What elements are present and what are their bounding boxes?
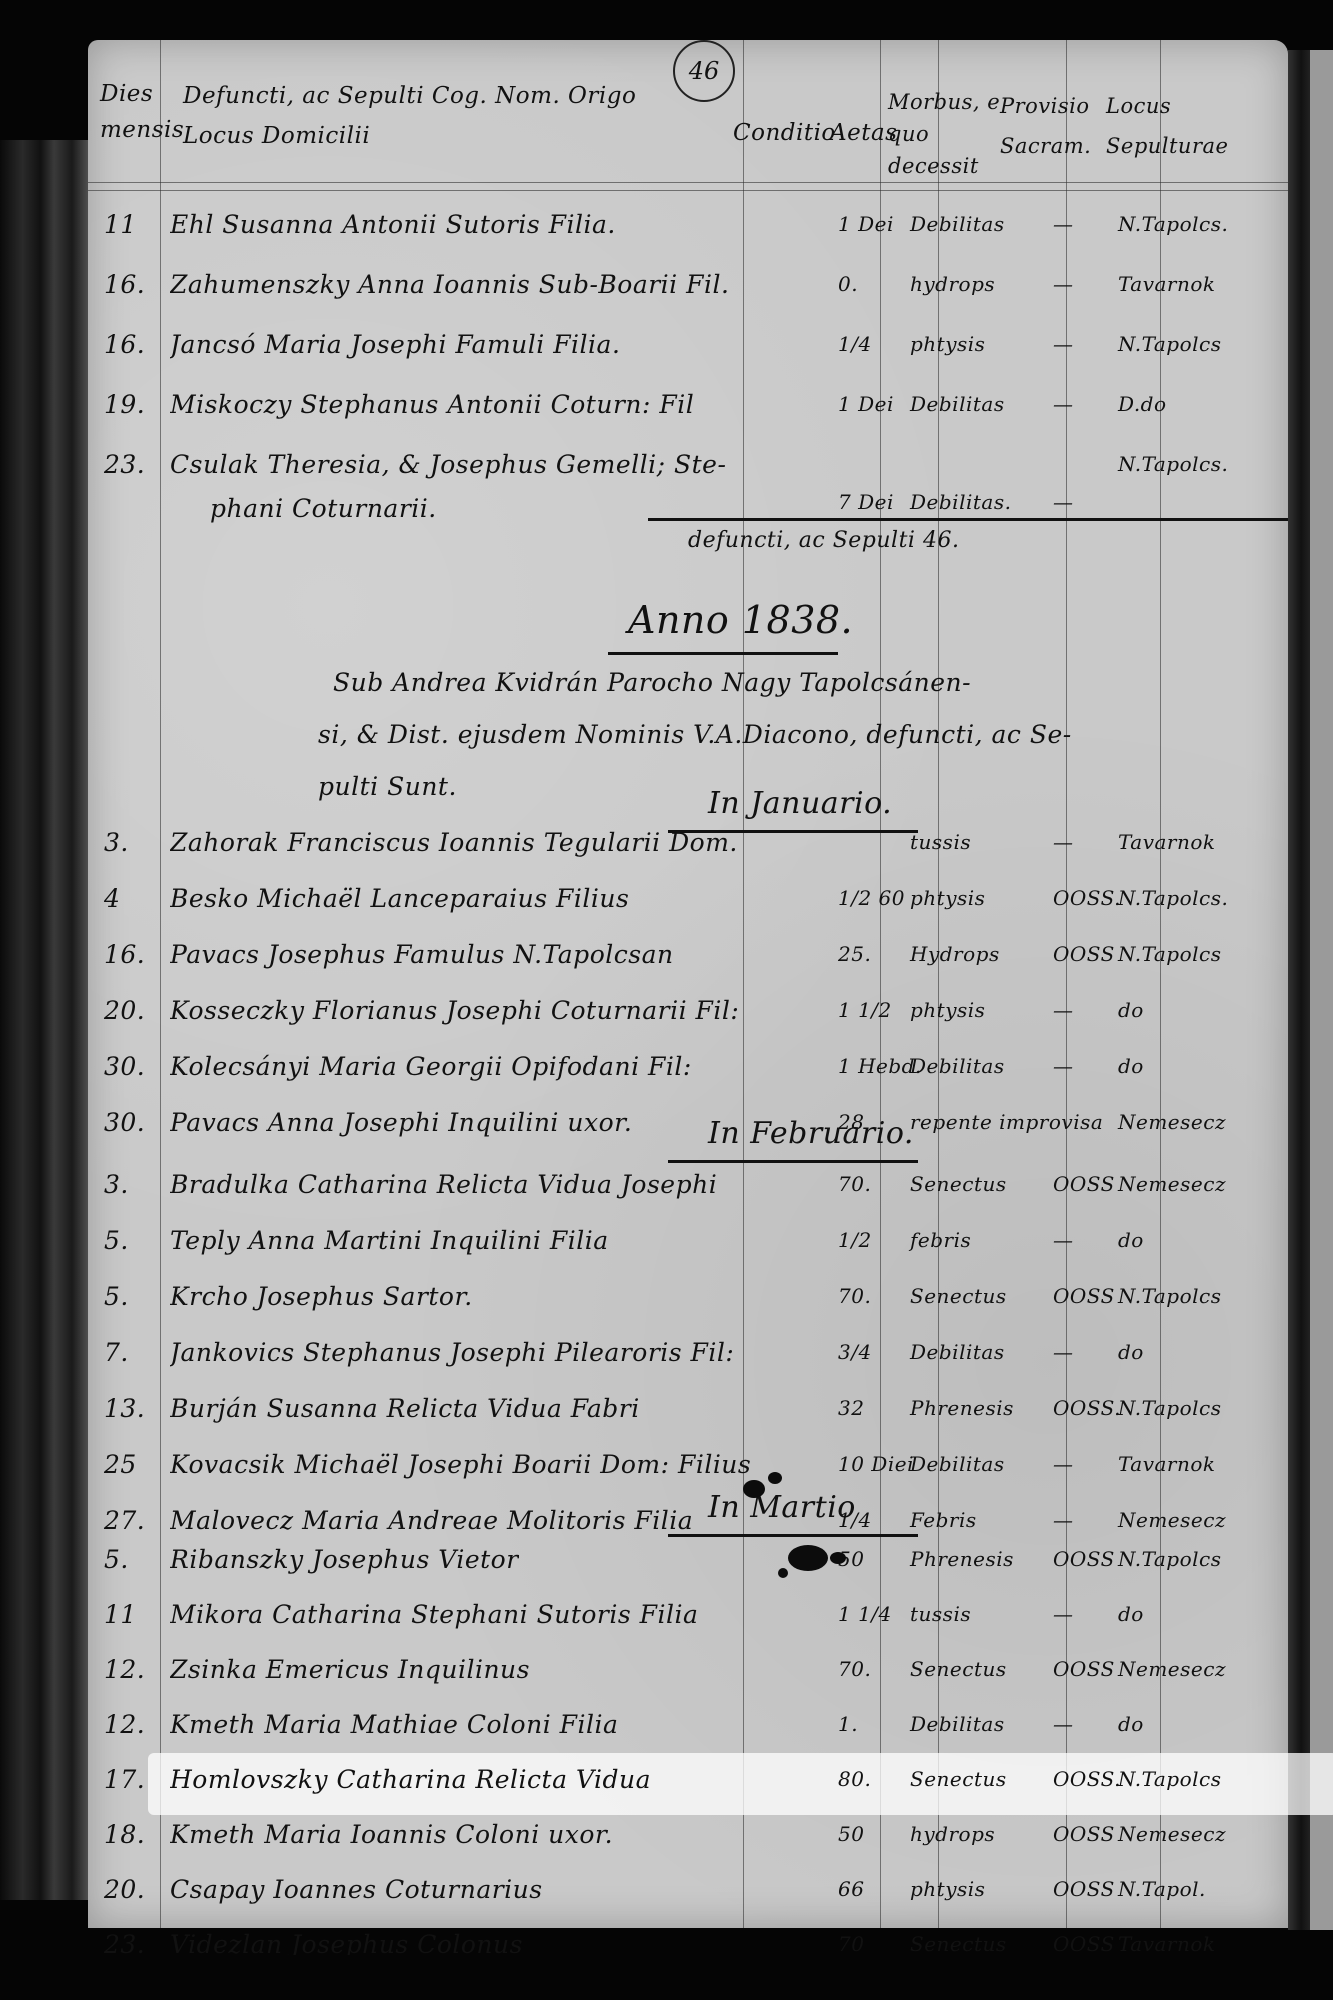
column-rule-condition — [743, 40, 744, 1928]
column-rule-sacrament — [1066, 40, 1067, 1928]
entry-age: 70. — [838, 1284, 871, 1308]
entry-name: Zahumenszky Anna Ioannis Sub-Boarii Fil. — [170, 270, 729, 299]
entry-burial-place: Tavarnok — [1118, 1452, 1216, 1476]
entry-name: Jancsó Maria Josephi Famuli Filia. — [170, 330, 620, 359]
entry-disease: Debilitas — [910, 1340, 1005, 1364]
entry-day: 5. — [104, 1282, 129, 1311]
entry-age: 1/2 — [838, 1228, 872, 1252]
entry-burial-place: Tavarnok — [1118, 272, 1216, 296]
header-day: Dies mensis — [100, 76, 155, 148]
entry-name: Malovecz Maria Andreae Molitoris Filia — [170, 1506, 693, 1535]
month-heading-rule — [668, 1534, 918, 1537]
entry-day: 12. — [104, 1710, 145, 1739]
entry-sacrament: — — [1053, 332, 1074, 356]
total-rule — [648, 518, 1288, 521]
entry-name: Bradulka Catharina Relicta Vidua Josephi — [170, 1170, 717, 1199]
entry-age: 0. — [838, 272, 858, 296]
entry-burial-place: Nemesecz — [1118, 1172, 1226, 1196]
entry-disease: repente improvisa — [910, 1110, 1103, 1134]
entry-name: Ehl Susanna Antonii Sutoris Filia. — [170, 210, 616, 239]
entry-burial-place: N.Tapol. — [1118, 1877, 1206, 1901]
entry-sacrament: — — [1053, 212, 1074, 236]
ink-blot — [778, 1568, 788, 1578]
entry-disease: Senectus — [910, 1657, 1007, 1681]
entry-day: 11 — [104, 210, 137, 239]
intro-line: si, & Dist. ejusdem Nominis V.A.Diacono,… — [318, 720, 1072, 749]
book-binding — [0, 140, 90, 1900]
year-title-rule — [608, 652, 838, 655]
entry-disease: phtysis — [910, 332, 985, 356]
entry-sacrament: OOSS — [1053, 1932, 1115, 1956]
entry-age: 1/4 — [838, 332, 872, 356]
entry-disease: Senectus — [910, 1932, 1007, 1956]
entry-disease: hydrops — [910, 272, 995, 296]
entry-burial-place: N.Tapolcs. — [1118, 886, 1228, 910]
entry-disease: tussis — [910, 1602, 971, 1626]
entry-disease: Debilitas — [910, 1712, 1005, 1736]
entry-burial-place: do — [1118, 1712, 1144, 1736]
entry-sacrament: — — [1053, 1228, 1074, 1252]
entry-disease: tussis — [910, 830, 971, 854]
entry-sacrament: OOSS — [1053, 942, 1115, 966]
entry-sacrament: OOSS — [1053, 1284, 1115, 1308]
entry-day: 25 — [104, 1450, 137, 1479]
entry-sacrament: OOSS — [1053, 1657, 1115, 1681]
entry-burial-place: N.Tapolcs. — [1118, 452, 1228, 476]
entry-sacrament: — — [1053, 1712, 1074, 1736]
column-rule-disease — [938, 40, 939, 1928]
intro-line: Sub Andrea Kvidrán Parocho Nagy Tapolcsá… — [333, 668, 971, 697]
entry-age: 1. — [838, 1712, 858, 1736]
entry-age: 32 — [838, 1396, 864, 1420]
entry-disease: Debilitas — [910, 212, 1005, 236]
entry-sacrament: OOSS. — [1053, 886, 1121, 910]
entry-name: Kmeth Maria Mathiae Coloni Filia — [170, 1710, 618, 1739]
entry-name: Kolecsányi Maria Georgii Opifodani Fil: — [170, 1052, 692, 1081]
entry-name: Kosseczky Florianus Josephi Coturnarii F… — [170, 996, 739, 1025]
entry-sacrament: OOSS — [1053, 1822, 1115, 1846]
book-gutter — [1288, 50, 1310, 1930]
entry-burial-place: N.Tapolcs — [1118, 1547, 1222, 1571]
entry-disease: Phrenesis — [910, 1547, 1014, 1571]
entry-burial-place: N.Tapolcs. — [1118, 212, 1228, 236]
entry-burial-place: Nemesecz — [1118, 1822, 1226, 1846]
entry-day: 23. — [104, 450, 145, 479]
column-rule-age — [880, 40, 881, 1928]
entry-name: Jankovics Stephanus Josephi Pilearoris F… — [170, 1338, 734, 1367]
entry-age: 50 — [838, 1822, 864, 1846]
ink-blot — [768, 1472, 782, 1484]
entry-sacrament: — — [1053, 490, 1074, 514]
entry-name: Besko Michaël Lanceparaius Filius — [170, 884, 629, 913]
entry-disease: Debilitas. — [910, 490, 1011, 514]
entry-day: 7. — [104, 1338, 129, 1367]
entry-disease: Febris — [910, 1508, 977, 1532]
entry-disease: hydrops — [910, 1822, 995, 1846]
entry-disease: Senectus — [910, 1172, 1007, 1196]
entry-age: 1/2 60 — [838, 886, 905, 910]
entry-sacrament: — — [1053, 998, 1074, 1022]
entry-age: 66 — [838, 1877, 864, 1901]
entry-day: 11 — [104, 1600, 137, 1629]
entry-age: 25. — [838, 942, 871, 966]
month-heading: In Martio — [708, 1490, 856, 1525]
intro-line: pulti Sunt. — [318, 772, 457, 801]
entry-burial-place: do — [1118, 1054, 1144, 1078]
entry-day: 20. — [104, 1875, 145, 1904]
entry-burial-place: do — [1118, 1228, 1144, 1252]
entry-age: 1 1/4 — [838, 1602, 892, 1626]
entry-day: 13. — [104, 1394, 145, 1423]
entry-burial-place: Tavarnok — [1118, 1932, 1216, 1956]
entry-day: 5. — [104, 1226, 129, 1255]
entry-disease: Debilitas — [910, 392, 1005, 416]
header-disease: Morbus, e quo decessit — [888, 86, 1013, 182]
entry-name-continued: phani Coturnarii. — [210, 494, 437, 523]
entry-burial-place: do — [1118, 1602, 1144, 1626]
column-rule-burial — [1160, 40, 1161, 1928]
entry-sacrament: — — [1053, 830, 1074, 854]
entry-day: 16. — [104, 270, 145, 299]
entry-day: 16. — [104, 940, 145, 969]
entry-burial-place: D.do — [1118, 392, 1167, 416]
entry-name: Krcho Josephus Sartor. — [170, 1282, 473, 1311]
entry-sacrament: — — [1053, 1340, 1074, 1364]
entry-day: 19. — [104, 390, 145, 419]
entry-age: 70 — [838, 1932, 864, 1956]
entry-name: Zsinka Emericus Inquilinus — [170, 1655, 530, 1684]
header-rule-2 — [88, 190, 1288, 191]
month-heading: In Januario. — [708, 786, 892, 821]
entry-day: 12. — [104, 1655, 145, 1684]
entry-burial-place: N.Tapolcs — [1118, 332, 1222, 356]
entry-sacrament: OOSS — [1053, 1172, 1115, 1196]
header-name: Defuncti, ac Sepulti Cog. Nom. Origo Loc… — [183, 76, 703, 156]
entry-burial-place: N.Tapolcs — [1118, 942, 1222, 966]
entry-day: 18. — [104, 1820, 145, 1849]
entry-day: 16. — [104, 330, 145, 359]
entry-age: 1 1/2 — [838, 998, 892, 1022]
entry-disease: Phrenesis — [910, 1396, 1014, 1420]
entry-age: 70. — [838, 1657, 871, 1681]
entry-age: 80. — [838, 1767, 871, 1791]
entry-disease: Senectus — [910, 1767, 1007, 1791]
entry-disease: phtysis — [910, 998, 985, 1022]
entry-name: Csulak Theresia, & Josephus Gemelli; Ste… — [170, 450, 726, 479]
entry-name: Homlovszky Catharina Relicta Vidua — [170, 1765, 651, 1794]
entry-disease: febris — [910, 1228, 971, 1252]
entry-name: Kovacsik Michaël Josephi Boarii Dom: Fil… — [170, 1450, 751, 1479]
entry-day: 17. — [104, 1765, 145, 1794]
entry-burial-place: Tavarnok — [1118, 830, 1216, 854]
entry-day: 3. — [104, 1170, 129, 1199]
entry-name: Burján Susanna Relicta Vidua Fabri — [170, 1394, 640, 1423]
entry-disease: Hydrops — [910, 942, 1000, 966]
entry-age: 1 Dei — [838, 392, 894, 416]
entry-burial-place: N.Tapolcs — [1118, 1396, 1222, 1420]
ink-blot — [830, 1552, 846, 1564]
entry-sacrament: — — [1053, 272, 1074, 296]
entry-name: Pavacs Anna Josephi Inquilini uxor. — [170, 1108, 632, 1137]
entry-sacrament: — — [1053, 1602, 1074, 1626]
year-title: Anno 1838. — [628, 598, 853, 642]
month-heading: In Februario. — [708, 1116, 914, 1151]
entry-burial-place: Nemesecz — [1118, 1110, 1226, 1134]
entry-sacrament: OOSS — [1053, 1547, 1115, 1571]
entry-age: 3/4 — [838, 1340, 872, 1364]
entry-name: Teply Anna Martini Inquilini Filia — [170, 1226, 609, 1255]
entry-name: Ribanszky Josephus Vietor — [170, 1545, 519, 1574]
entry-name: Miskoczy Stephanus Antonii Coturn: Fil — [170, 390, 694, 419]
entry-burial-place: N.Tapolcs — [1118, 1284, 1222, 1308]
entry-day: 4 — [104, 884, 120, 913]
entry-sacrament: OOSS. — [1053, 1767, 1121, 1791]
entry-age: 1 Dei — [838, 212, 894, 236]
entry-day: 30. — [104, 1108, 145, 1137]
entry-name: Kmeth Maria Ioannis Coloni uxor. — [170, 1820, 613, 1849]
entry-sacrament: — — [1053, 1452, 1074, 1476]
entry-day: 3. — [104, 828, 129, 857]
entry-name: Mikora Catharina Stephani Sutoris Filia — [170, 1600, 698, 1629]
entry-age: 10 Diei — [838, 1452, 914, 1476]
entry-burial-place: Nemesecz — [1118, 1508, 1226, 1532]
entry-name: Pavacs Josephus Famulus N.Tapolcsan — [170, 940, 674, 969]
month-heading-rule — [668, 1160, 918, 1163]
entry-disease: Debilitas — [910, 1054, 1005, 1078]
entry-name: Zahorak Franciscus Ioannis Tegularii Dom… — [170, 828, 738, 857]
column-rule-day — [160, 40, 161, 1928]
entry-sacrament: — — [1053, 1508, 1074, 1532]
entry-age: 70. — [838, 1172, 871, 1196]
header-sacrament: Provisio Sacram. — [1000, 86, 1100, 166]
entry-day: 30. — [104, 1052, 145, 1081]
entry-disease: Senectus — [910, 1284, 1007, 1308]
entry-disease: Debilitas — [910, 1452, 1005, 1476]
entry-burial-place: do — [1118, 1340, 1144, 1364]
entry-disease: phtysis — [910, 886, 985, 910]
entry-disease: phtysis — [910, 1877, 985, 1901]
section-total: defuncti, ac Sepulti 46. — [688, 528, 959, 553]
register-page: 46 Dies mensis Defuncti, ac Sepulti Cog.… — [88, 40, 1288, 1928]
entry-burial-place: do — [1118, 998, 1144, 1022]
adjacent-page-edge — [1310, 50, 1333, 1930]
entry-burial-place: Nemesecz — [1118, 1657, 1226, 1681]
ink-blot — [788, 1545, 828, 1571]
entry-day: 27. — [104, 1506, 145, 1535]
entry-sacrament: — — [1053, 392, 1074, 416]
header-rule — [88, 182, 1288, 183]
entry-age: 7 Dei — [838, 490, 894, 514]
scan-bottom-edge — [0, 1955, 1333, 2000]
ink-blot — [743, 1480, 765, 1498]
entry-day: 20. — [104, 996, 145, 1025]
entry-sacrament: — — [1053, 1054, 1074, 1078]
entry-name: Csapay Ioannes Coturnarius — [170, 1875, 543, 1904]
entry-sacrament: OOSS. — [1053, 1396, 1121, 1420]
entry-day: 5. — [104, 1545, 129, 1574]
entry-sacrament: OOSS — [1053, 1877, 1115, 1901]
header-condition: Conditio — [733, 120, 836, 146]
entry-burial-place: N.Tapolcs — [1118, 1767, 1222, 1791]
header-burial: Locus Sepulturae — [1106, 86, 1236, 166]
